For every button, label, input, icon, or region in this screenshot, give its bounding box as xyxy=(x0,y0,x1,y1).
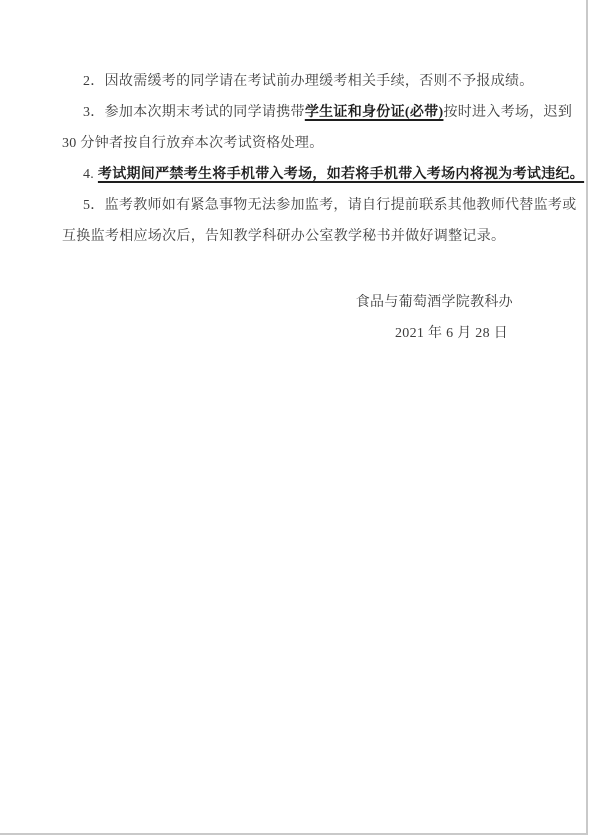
text-line: 互换监考相应场次后，告知教学科研办公室教学秘书并做好调整记录。 xyxy=(62,221,527,252)
emphasized-text: 学生证和身份证(必带) xyxy=(305,105,444,120)
emphasized-text: 考试期间严禁考生将手机带入考场，如若将手机带入考场内将视为考试违纪。 xyxy=(98,167,584,182)
closing-block: 食品与葡萄酒学院教科办 2021 年 6 月 28 日 xyxy=(62,287,527,349)
signature: 食品与葡萄酒学院教科办 xyxy=(62,287,527,318)
body-text: 2．因故需缓考的同学请在考试前办理缓考相关手续，否则不予报成绩。 xyxy=(83,74,534,89)
text-line: 4. 考试期间严禁考生将手机带入考场，如若将手机带入考场内将视为考试违纪。 xyxy=(62,159,527,190)
document-content: 2．因故需缓考的同学请在考试前办理缓考相关手续，否则不予报成绩。3．参加本次期末… xyxy=(0,0,586,349)
body-text: 5．监考教师如有紧急事物无法参加监考，请自行提前联系其他教师代替监考或 xyxy=(83,198,577,213)
text-line: 2．因故需缓考的同学请在考试前办理缓考相关手续，否则不予报成绩。 xyxy=(62,66,527,97)
body-text: 3．参加本次期末考试的同学请携带 xyxy=(83,105,305,120)
document-page: 2．因故需缓考的同学请在考试前办理缓考相关手续，否则不予报成绩。3．参加本次期末… xyxy=(0,0,588,835)
body-text: 30 分钟者按自行放弃本次考试资格处理。 xyxy=(62,136,324,151)
document-body: 2．因故需缓考的同学请在考试前办理缓考相关手续，否则不予报成绩。3．参加本次期末… xyxy=(62,66,527,252)
date: 2021 年 6 月 28 日 xyxy=(62,318,527,349)
body-text: 4. xyxy=(83,167,98,182)
text-line: 5．监考教师如有紧急事物无法参加监考，请自行提前联系其他教师代替监考或 xyxy=(62,190,527,221)
body-text: 互换监考相应场次后，告知教学科研办公室教学秘书并做好调整记录。 xyxy=(62,229,505,244)
text-line: 3．参加本次期末考试的同学请携带学生证和身份证(必带)按时进入考场，迟到 xyxy=(62,97,527,128)
body-text: 按时进入考场，迟到 xyxy=(443,105,572,120)
text-line: 30 分钟者按自行放弃本次考试资格处理。 xyxy=(62,128,527,159)
